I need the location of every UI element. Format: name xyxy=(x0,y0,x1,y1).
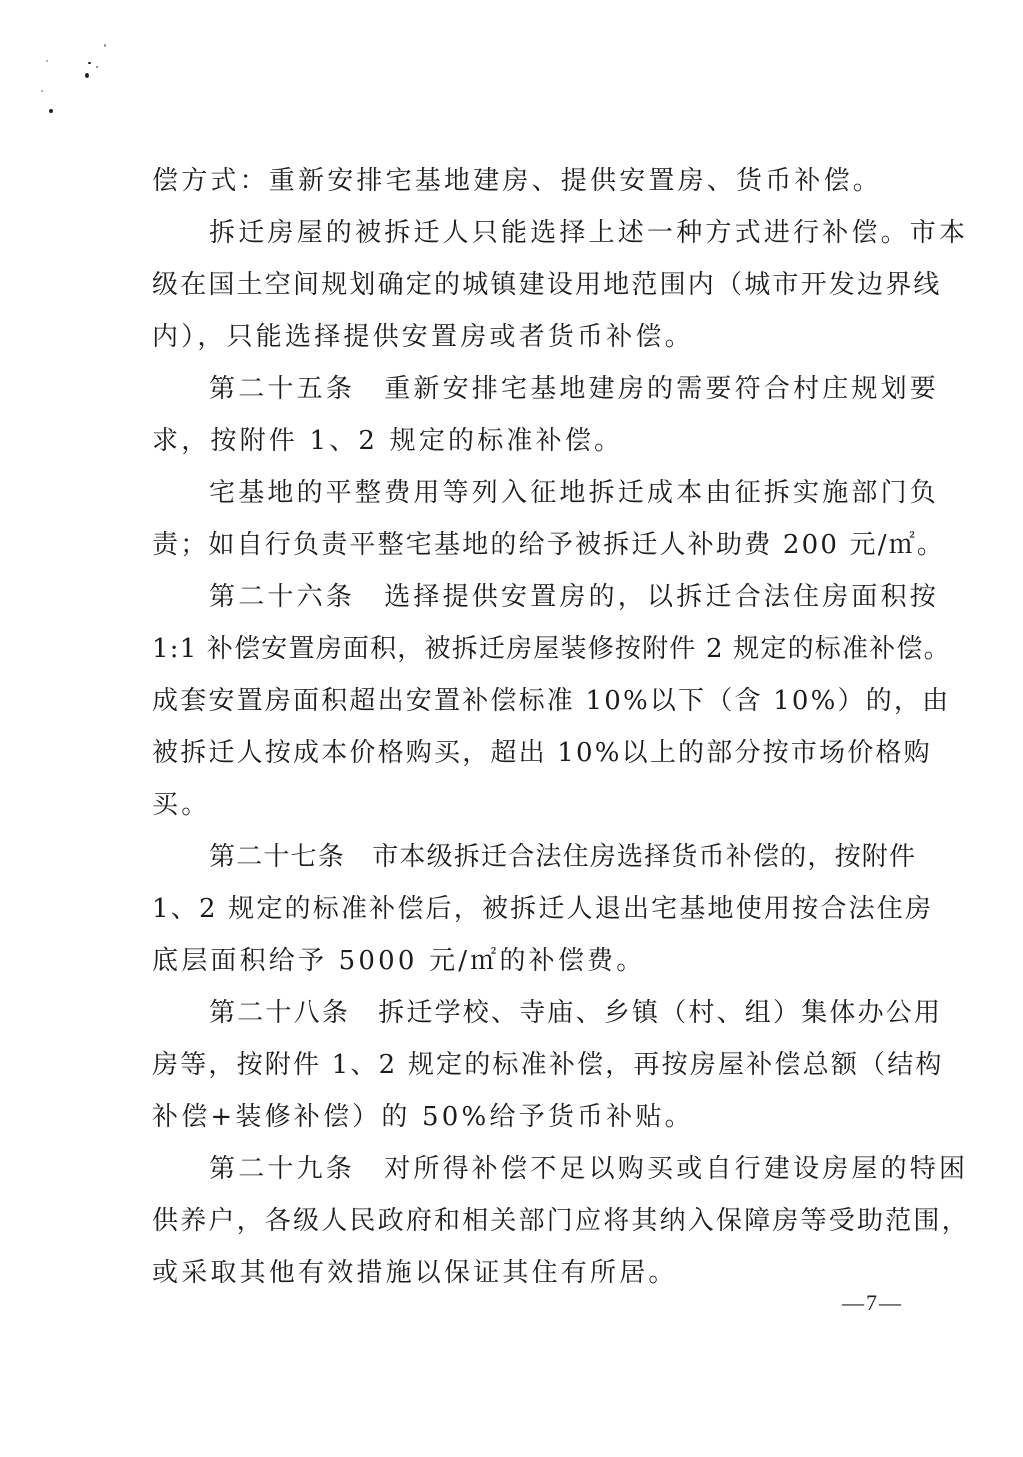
text-line: 拆迁房屋的被拆迁人只能选择上述一种方式进行补偿。市本 xyxy=(152,212,912,264)
text-line: 底层面积给予 5000 元/㎡的补偿费。 xyxy=(152,940,912,992)
text-line: 供养户，各级人民政府和相关部门应将其纳入保障房等受助范围， xyxy=(152,1200,912,1252)
article-25-line: 第二十五条 重新安排宅基地建房的需要符合村庄规划要 xyxy=(152,368,912,420)
text-line: 宅基地的平整费用等列入征地拆迁成本由征拆实施部门负 xyxy=(152,472,912,524)
article-29-line: 第二十九条 对所得补偿不足以购买或自行建设房屋的特困 xyxy=(152,1148,912,1200)
text-line: 1:1 补偿安置房面积，被拆迁房屋装修按附件 2 规定的标准补偿。 xyxy=(152,628,912,680)
speck xyxy=(85,73,89,78)
text-line: 成套安置房面积超出安置补偿标准 10%以下（含 10%）的，由 xyxy=(152,680,912,732)
text-line: 被拆迁人按成本价格购买，超出 10%以上的部分按市场价格购 xyxy=(152,732,912,784)
text-line: 内），只能选择提供安置房或者货币补偿。 xyxy=(152,316,912,368)
speck xyxy=(46,60,48,62)
text-line: 偿方式：重新安排宅基地建房、提供安置房、货币补偿。 xyxy=(152,160,912,212)
body-text: 偿方式：重新安排宅基地建房、提供安置房、货币补偿。 拆迁房屋的被拆迁人只能选择上… xyxy=(152,160,912,1304)
text-line: 1、2 规定的标准补偿后，被拆迁人退出宅基地使用按合法住房 xyxy=(152,888,912,940)
text-line: 补偿+装修补偿）的 50%给予货币补贴。 xyxy=(152,1096,912,1148)
text-line: 责；如自行负责平整宅基地的给予被拆迁人补助费 200 元/㎡。 xyxy=(152,524,912,576)
speck xyxy=(96,66,98,68)
page-number: —7— xyxy=(842,1290,903,1316)
speck xyxy=(41,90,43,92)
speck xyxy=(104,44,106,47)
article-28-line: 第二十八条 拆迁学校、寺庙、乡镇（村、组）集体办公用 xyxy=(152,992,912,1044)
text-line: 买。 xyxy=(152,784,912,836)
speck xyxy=(49,109,53,113)
text-line: 或采取其他有效措施以保证其住有所居。 xyxy=(152,1252,912,1304)
scan-specks xyxy=(0,0,200,150)
text-line: 房等，按附件 1、2 规定的标准补偿，再按房屋补偿总额（结构 xyxy=(152,1044,912,1096)
speck xyxy=(88,62,91,64)
article-26-line: 第二十六条 选择提供安置房的，以拆迁合法住房面积按 xyxy=(152,576,912,628)
article-27-line: 第二十七条 市本级拆迁合法住房选择货币补偿的，按附件 xyxy=(152,836,912,888)
document-page: 偿方式：重新安排宅基地建房、提供安置房、货币补偿。 拆迁房屋的被拆迁人只能选择上… xyxy=(0,0,1023,1457)
text-line: 级在国土空间规划确定的城镇建设用地范围内（城市开发边界线 xyxy=(152,264,912,316)
text-line: 求，按附件 1、2 规定的标准补偿。 xyxy=(152,420,912,472)
